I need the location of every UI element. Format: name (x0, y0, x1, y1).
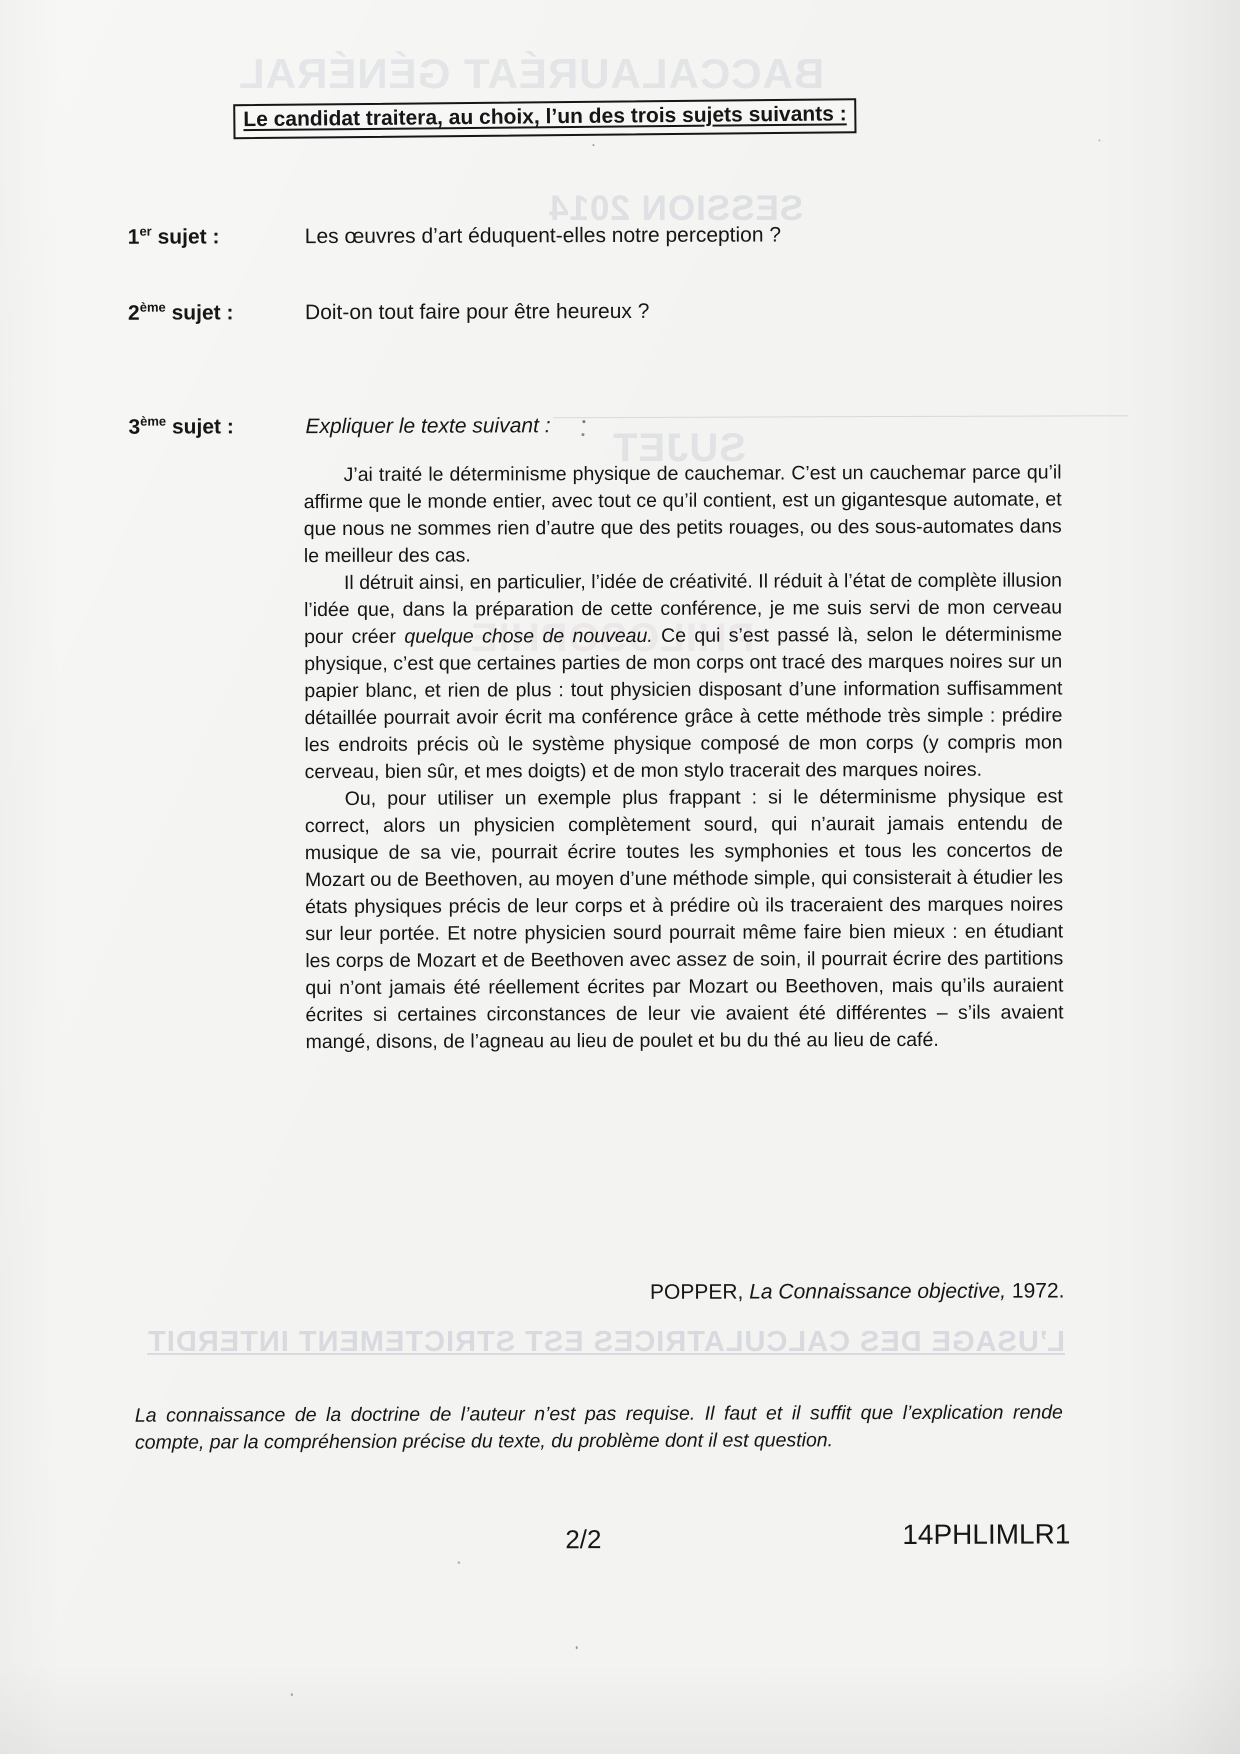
quoted-paragraph-1: J’ai traité le déterminisme physique de … (304, 459, 1062, 570)
quoted-text-block: J’ai traité le déterminisme physique de … (304, 459, 1064, 1056)
scanned-exam-page: BACCALAURÉAT GÉNÉRAL SESSION 2014 SUJET … (0, 0, 1240, 1754)
paragraph-2-emphasis: quelque chose de nouveau. (404, 625, 653, 648)
scan-speck (576, 1646, 578, 1649)
attribution-work-title: La Connaissance objective, (749, 1280, 1006, 1304)
subject-1-label: 1er sujet : (128, 225, 220, 249)
subject-2-word: sujet : (166, 301, 234, 324)
subject-1-text: Les œuvres d’art éduquent-elles notre pe… (305, 223, 781, 249)
scan-speck (1098, 139, 1100, 141)
document-code: 14PHLIMLR1 (902, 1518, 1070, 1551)
attribution-author: POPPER, (650, 1281, 749, 1304)
scan-speck (457, 1561, 461, 1564)
subject-3-number: 3 (128, 416, 140, 439)
scan-speck (582, 420, 585, 423)
subject-2-text: Doit-on tout faire pour être heureux ? (305, 300, 649, 325)
subject-3-text: Expliquer le texte suivant : (305, 414, 550, 439)
examiner-note: La connaissance de la doctrine de l’aute… (135, 1399, 1063, 1456)
subject-2-label: 2ème sujet : (128, 301, 233, 325)
page-number: 2/2 (565, 1524, 601, 1555)
quoted-paragraph-2: Il détruit ainsi, en particulier, l’idée… (304, 567, 1063, 786)
scan-crease-line (553, 415, 1128, 418)
attribution-year: 1972. (1006, 1279, 1064, 1302)
candidate-instruction-box: Le candidat traitera, au choix, l’un des… (233, 98, 857, 139)
scan-speck (592, 144, 594, 146)
subject-2-number: 2 (128, 302, 140, 325)
subject-1-word: sujet : (152, 225, 220, 248)
subject-3-ordinal: ème (140, 414, 166, 429)
scan-speck (291, 1693, 293, 1696)
subject-2-ordinal: ème (140, 300, 166, 315)
subject-1-number: 1 (128, 226, 140, 249)
subject-1-ordinal: er (139, 224, 151, 239)
attribution: POPPER, La Connaissance objective, 1972. (650, 1279, 1065, 1304)
subject-3-word: sujet : (166, 415, 234, 438)
scan-speck (581, 433, 584, 436)
quoted-paragraph-3: Ou, pour utiliser un exemple plus frappa… (305, 783, 1064, 1056)
subject-3-label: 3ème sujet : (128, 415, 233, 439)
page-content: Le candidat traitera, au choix, l’un des… (0, 0, 1240, 1754)
